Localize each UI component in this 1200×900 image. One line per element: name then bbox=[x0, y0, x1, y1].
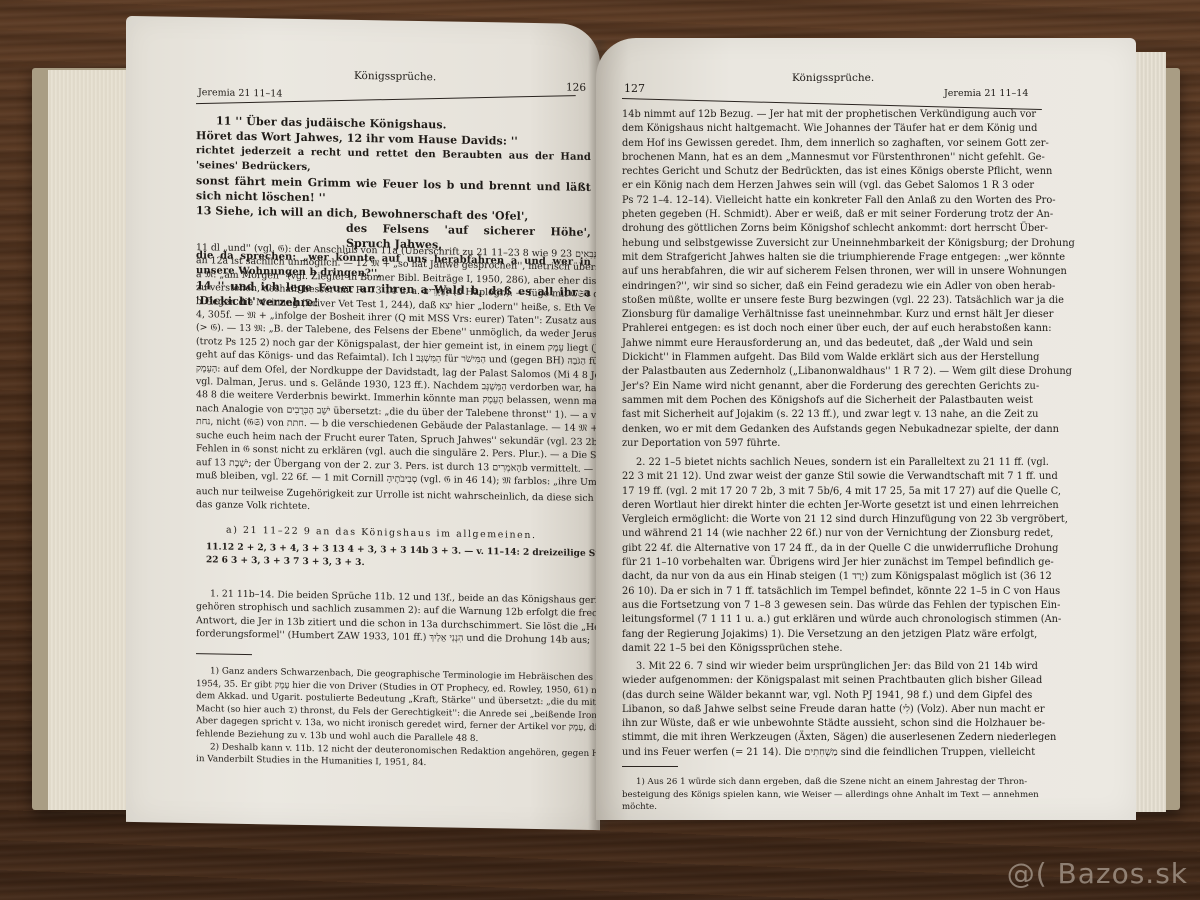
text-line: damit 22 1–5 bei den Königssprüchen steh… bbox=[622, 642, 1042, 656]
commentary-paragraph-3: 3. Mit 22 6. 7 sind wir wieder beim ursp… bbox=[622, 660, 1042, 760]
text-line: Zionsburg für damalige Verhältnisse fast… bbox=[622, 308, 1042, 322]
text-line: für 21 1–10 vorbehalten war. Übrigens wi… bbox=[622, 556, 1042, 570]
text-line: Prahlerei entgegen: es ist doch noch ein… bbox=[622, 322, 1042, 336]
text-line: Ps 72 1–4. 12–14). Vielleicht hatte ein … bbox=[622, 194, 1042, 208]
running-head-center: Königssprüche. bbox=[792, 72, 874, 84]
section-heading: a) 21 11–22 9 an das Königshaus im allge… bbox=[226, 524, 600, 544]
text-line: dacht, da nur von da aus ein Hinab steig… bbox=[622, 570, 1042, 584]
text-line: 14b nimmt auf 12b Bezug. — Jer hat mit d… bbox=[622, 108, 1042, 122]
commentary-paragraph-1: 1. 21 11b–14. Die beiden Sprüche 11b. 12… bbox=[196, 587, 591, 648]
page-number: 127 bbox=[624, 82, 645, 95]
text-line: 2. 22 1–5 bietet nichts sachlich Neues, … bbox=[622, 456, 1042, 470]
text-line: Jer's? Ein Name wird nicht genannt, aber… bbox=[622, 380, 1042, 394]
text-line: er ein König nach dem Herzen Jahwes sein… bbox=[622, 179, 1042, 193]
footnote-line: besteigung des Königs spielen kann, wie … bbox=[622, 789, 1042, 802]
left-page: Jeremia 21 11–14 Königssprüche. 126 11 '… bbox=[126, 16, 600, 830]
running-head-center: Königssprüche. bbox=[354, 70, 436, 83]
text-line: dem Hof ins Gewissen geredet. Ihm, dem i… bbox=[622, 137, 1042, 151]
text-line: auf uns herabfahren, die wir auf sichere… bbox=[622, 265, 1042, 279]
text-line: wieder aufgenommen: der Königspalast mit… bbox=[622, 674, 1042, 688]
footnote-line: möchte. bbox=[622, 801, 1042, 814]
text-line: (das durch seine Wälder bekannt war, vgl… bbox=[622, 689, 1042, 703]
text-line: 22 3 mit 21 12). Und zwar weist der ganz… bbox=[622, 470, 1042, 484]
text-line: ihn zur Wüste, daß er wie unbewohnte Stä… bbox=[622, 717, 1042, 731]
text-line: rechtes Gericht und Schutz der Bedrückte… bbox=[622, 165, 1042, 179]
right-page: 127 Königssprüche. Jeremia 21 11–14 14b … bbox=[596, 38, 1136, 820]
text-line: Libanon, so daß Jahwe selbst seine Freud… bbox=[622, 703, 1042, 717]
text-line: denken, wo er mit dem Gedanken des Aufst… bbox=[622, 423, 1042, 437]
footnote-rule bbox=[196, 653, 252, 655]
footnote-line: 1) Aus 26 1 würde sich dann ergeben, daß… bbox=[622, 776, 1042, 789]
text-line: eindringen?'', wir sind so sicher, daß e… bbox=[622, 280, 1042, 294]
running-head-left: Jeremia 21 11–14 bbox=[198, 87, 282, 99]
text-line: 17 19 ff. (vgl. 2 mit 17 20 7 2b, 3 mit … bbox=[622, 485, 1042, 499]
text-line: stoßen müßte, wollte er unsere feste Bur… bbox=[622, 294, 1042, 308]
text-line: stimmt, die mit ihren Werkzeugen (Äxten,… bbox=[622, 731, 1042, 745]
text-line: deren Wortlaut hier direkt hinter die ec… bbox=[622, 499, 1042, 513]
text-line: gibt 22 4f. die Alternative von 17 24 ff… bbox=[622, 542, 1042, 556]
running-head-right: Jeremia 21 11–14 bbox=[944, 88, 1028, 99]
text-line: Vergleich ermöglicht: die Worte von 21 1… bbox=[622, 513, 1042, 527]
text-line: brochenen Mann, hat es an dem „Mannesmut… bbox=[622, 151, 1042, 165]
page-number: 126 bbox=[566, 82, 586, 94]
continuation-text: auch nur teilweise Zugehörigkeit zur Urr… bbox=[196, 485, 591, 519]
text-line: Jahwe nimmt eure Herausforderung an, und… bbox=[622, 337, 1042, 351]
critical-apparatus: 11 dl „und'' (vgl. 𝔊): der Anschluß von … bbox=[196, 241, 591, 489]
text-line: 3. Mit 22 6. 7 sind wir wieder beim ursp… bbox=[622, 660, 1042, 674]
text-line: fast mit Sicherheit auf Jojakim (s. 22 1… bbox=[622, 408, 1042, 422]
text-line: zur Deportation von 597 führte. bbox=[622, 437, 1042, 451]
text-line: mit dem Strafgericht Jahwes halten sie d… bbox=[622, 251, 1042, 265]
text-line: pheten gegeben (H. Schmidt). Aber er wei… bbox=[622, 208, 1042, 222]
footnotes: 1) Ganz anders Schwarzenbach, Die geogra… bbox=[196, 665, 591, 773]
text-line: aus die Fortsetzung von 7 1–8 3 gewesen … bbox=[622, 599, 1042, 613]
watermark: @( Bazos.sk bbox=[1007, 857, 1188, 890]
text-line: leitungsformel (7 1 11 1 u. a.) gut erkl… bbox=[622, 613, 1042, 627]
meter-analysis: 11.12 2 + 2, 3 + 4, 3 + 3 13 4 + 3, 3 + … bbox=[206, 541, 600, 575]
commentary-continuation: 14b nimmt auf 12b Bezug. — Jer hat mit d… bbox=[622, 108, 1042, 451]
text-line: der Palastbauten aus Zedernholz („Libano… bbox=[622, 365, 1042, 379]
text-line: hebung und selbstgewisse Zuversicht zur … bbox=[622, 237, 1042, 251]
text-line: fang der Regierung Jojakims) 1). Die Ver… bbox=[622, 628, 1042, 642]
commentary-paragraph-2: 2. 22 1–5 bietet nichts sachlich Neues, … bbox=[622, 456, 1042, 656]
text-line: sammen mit dem Pochen des Königshofs auf… bbox=[622, 394, 1042, 408]
text-line: und während 21 14 (wie nachher 22 6f.) n… bbox=[622, 527, 1042, 541]
footnote-rule bbox=[622, 766, 678, 767]
text-line: dem Königshaus nicht haltgemacht. Wie Jo… bbox=[622, 122, 1042, 136]
text-line: und ins Feuer werfen (= 21 14). Die מַשְ… bbox=[622, 746, 1042, 760]
footnotes: 1) Aus 26 1 würde sich dann ergeben, daß… bbox=[622, 776, 1042, 814]
text-line: 26 10). Da er sich in 7 1 ff. tatsächlic… bbox=[622, 585, 1042, 599]
text-line: drohung des göttlichen Zorns beim Königs… bbox=[622, 222, 1042, 236]
text-line: Dickicht'' in Flammen aufgeht. Das Bild … bbox=[622, 351, 1042, 365]
